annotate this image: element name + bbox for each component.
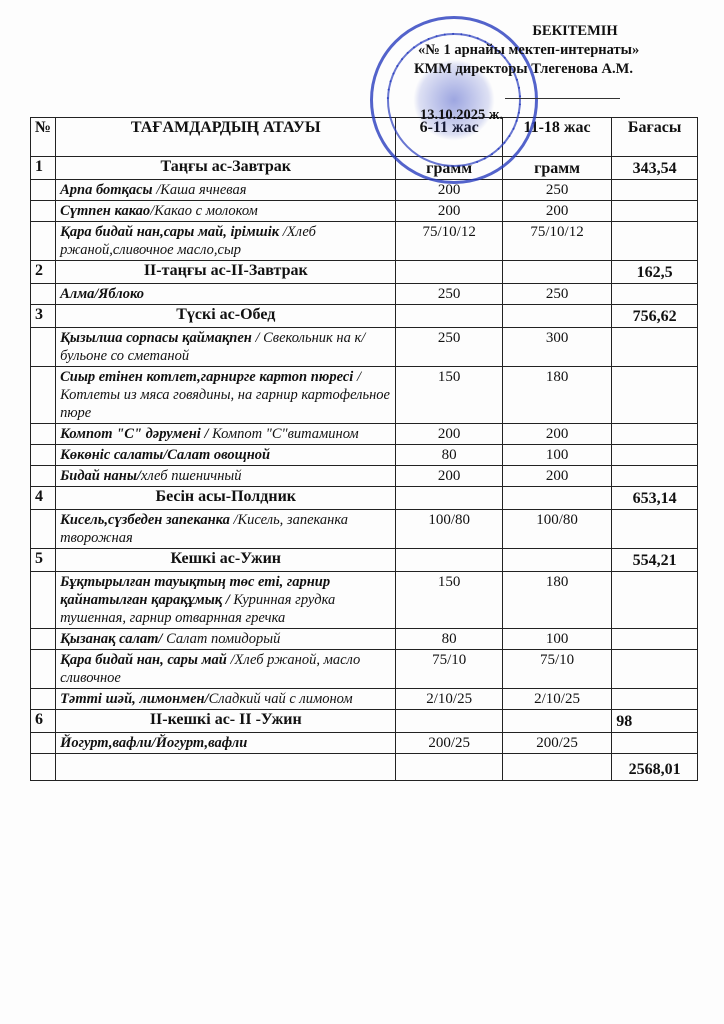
dish-name: Сиыр етінен котлет,гарнирге картоп пюрес… (56, 367, 396, 424)
table-row: Қызанақ салат/ Салат помидорый80100 (31, 629, 698, 650)
table-row: Арпа ботқасы /Каша ячневая200250 (31, 180, 698, 201)
empty-cell (612, 650, 698, 689)
table-row: Тәтті шәй, лимонмен/Сладкий чай с лимоно… (31, 689, 698, 710)
meal-price: 554,21 (612, 549, 698, 572)
qty-age-b: 100/80 (502, 510, 611, 549)
dish-name-ru: Салат помидорый (162, 631, 280, 647)
header-name: ТАҒАМДАРДЫҢ АТАУЫ (56, 118, 396, 157)
empty-cell (31, 180, 56, 201)
menu-table: № ТАҒАМДАРДЫҢ АТАУЫ 6-11 жас 11-18 жас Б… (30, 117, 698, 781)
qty-age-b: 2/10/25 (502, 689, 611, 710)
dish-name-kz: Кисель,сүзбеден запеканка (60, 512, 230, 528)
qty-age-b: 200 (502, 424, 611, 445)
table-row: Йогурт,вафли/Йогурт,вафли200/25200/25 (31, 733, 698, 754)
meal-title: Таңғы ас-Завтрак (56, 157, 396, 180)
dish-name: Көкөніс салаты/Салат овощной (56, 445, 396, 466)
empty-cell (31, 222, 56, 261)
empty-cell (31, 572, 56, 629)
qty-age-b: 300 (502, 328, 611, 367)
empty-cell (612, 510, 698, 549)
qty-age-b: 100 (502, 445, 611, 466)
meal-title: Бесін асы-Полдник (56, 487, 396, 510)
table-row: Көкөніс салаты/Салат овощной80100 (31, 445, 698, 466)
empty-cell (502, 487, 611, 510)
empty-cell (31, 629, 56, 650)
meal-number: 6 (31, 710, 56, 733)
meal-row: 2ІІ-таңғы ас-ІІ-Завтрак162,5 (31, 261, 698, 284)
qty-age-b: 200/25 (502, 733, 611, 754)
dish-name: Қызылша сорпасы қаймақпен / Свекольник н… (56, 328, 396, 367)
empty-cell (396, 754, 502, 781)
dish-name: Қара бидай нан,сары май, ірімшік /Хлеб р… (56, 222, 396, 261)
empty-cell (502, 754, 611, 781)
meal-number: 5 (31, 549, 56, 572)
meal-title: ІІ-кешкі ас- ІІ -Ужин (56, 710, 396, 733)
qty-age-b: 200 (502, 201, 611, 222)
table-row: Қара бидай нан, сары май /Хлеб ржаной, м… (31, 650, 698, 689)
empty-cell (612, 180, 698, 201)
qty-age-b: 100 (502, 629, 611, 650)
empty-cell (396, 710, 502, 733)
dish-name: Йогурт,вафли/Йогурт,вафли (56, 733, 396, 754)
qty-age-a: 75/10/12 (396, 222, 502, 261)
unit-b: грамм (502, 157, 611, 180)
empty-cell (612, 367, 698, 424)
table-row: Сиыр етінен котлет,гарнирге картоп пюрес… (31, 367, 698, 424)
qty-age-a: 150 (396, 572, 502, 629)
qty-age-a: 2/10/25 (396, 689, 502, 710)
dish-name-kz: Алма/Яблоко (60, 286, 144, 302)
empty-cell (396, 549, 502, 572)
empty-cell (31, 284, 56, 305)
empty-cell (612, 629, 698, 650)
empty-cell (502, 710, 611, 733)
empty-cell (31, 689, 56, 710)
empty-cell (502, 261, 611, 284)
empty-cell (396, 261, 502, 284)
dish-name: Қызанақ салат/ Салат помидорый (56, 629, 396, 650)
qty-age-b: 200 (502, 466, 611, 487)
qty-age-a: 200/25 (396, 733, 502, 754)
dish-name-ru: Сладкий чай с лимоном (209, 691, 353, 707)
dish-name: Сүтпен какао/Какао с молоком (56, 201, 396, 222)
approval-institution: «№ 1 арнайы мектеп-интернаты» (400, 41, 710, 60)
dish-name-kz: Сүтпен какао (60, 203, 150, 219)
table-header-row: № ТАҒАМДАРДЫҢ АТАУЫ 6-11 жас 11-18 жас Б… (31, 118, 698, 157)
table-row: Қызылша сорпасы қаймақпен / Свекольник н… (31, 328, 698, 367)
dish-name-kz: Қара бидай нан,сары май, ірімшік (60, 224, 279, 240)
qty-age-b: 250 (502, 180, 611, 201)
meal-price: 343,54 (612, 157, 698, 180)
empty-cell (31, 201, 56, 222)
meal-number: 4 (31, 487, 56, 510)
dish-name: Алма/Яблоко (56, 284, 396, 305)
table-row: Компот "С" дәрумені / Компот "С"витамино… (31, 424, 698, 445)
dish-name-kz: Компот "С" дәрумені / (60, 426, 208, 442)
qty-age-a: 200 (396, 180, 502, 201)
qty-age-a: 200 (396, 424, 502, 445)
table-row: Сүтпен какао/Какао с молоком200200 (31, 201, 698, 222)
approval-date: 13.10.2025 ж. (420, 106, 503, 125)
dish-name-kz: Арпа ботқасы (60, 182, 153, 198)
total-row: 2568,01 (31, 754, 698, 781)
meal-number: 2 (31, 261, 56, 284)
dish-name: Бұқтырылған тауықтың төс еті, гарнир қай… (56, 572, 396, 629)
empty-cell (612, 284, 698, 305)
dish-name-kz: Қызылша сорпасы қаймақпен (60, 330, 252, 346)
dish-name-kz: Қара бидай нан, сары май (60, 652, 227, 668)
empty-cell (612, 222, 698, 261)
dish-name-kz: Көкөніс салаты/Салат овощной (60, 447, 270, 463)
dish-name-ru: Компот "С"витамином (208, 426, 358, 442)
table-row: Бұқтырылған тауықтың төс еті, гарнир қай… (31, 572, 698, 629)
qty-age-a: 80 (396, 445, 502, 466)
dish-name-ru: /Какао с молоком (150, 203, 258, 219)
dish-name: Кисель,сүзбеден запеканка /Кисель, запек… (56, 510, 396, 549)
qty-age-a: 250 (396, 284, 502, 305)
header-age-b: 11-18 жас (502, 118, 611, 157)
meal-price: 756,62 (612, 305, 698, 328)
meal-row: 3Түскі ас-Обед756,62 (31, 305, 698, 328)
empty-cell (31, 466, 56, 487)
qty-age-a: 200 (396, 201, 502, 222)
dish-name-kz: Тәтті шәй, лимонмен/ (60, 691, 209, 707)
empty-cell (612, 689, 698, 710)
empty-cell (31, 733, 56, 754)
empty-cell (612, 572, 698, 629)
dish-name-kz: Бидай наны/ (60, 468, 141, 484)
qty-age-a: 100/80 (396, 510, 502, 549)
qty-age-a: 150 (396, 367, 502, 424)
approval-title: БЕКІТЕМІН (400, 22, 710, 41)
signature-line (505, 98, 620, 99)
qty-age-b: 180 (502, 367, 611, 424)
empty-cell (31, 650, 56, 689)
empty-cell (502, 305, 611, 328)
dish-name: Тәтті шәй, лимонмен/Сладкий чай с лимоно… (56, 689, 396, 710)
empty-cell (31, 367, 56, 424)
empty-cell (31, 754, 56, 781)
qty-age-a: 75/10 (396, 650, 502, 689)
meal-price: 653,14 (612, 487, 698, 510)
qty-age-b: 75/10 (502, 650, 611, 689)
meal-title: ІІ-таңғы ас-ІІ-Завтрак (56, 261, 396, 284)
qty-age-b: 75/10/12 (502, 222, 611, 261)
meal-row: 4Бесін асы-Полдник653,14 (31, 487, 698, 510)
meal-row: 5Кешкі ас-Ужин554,21 (31, 549, 698, 572)
meal-row: 6ІІ-кешкі ас- ІІ -Ужин98 (31, 710, 698, 733)
total-price: 2568,01 (612, 754, 698, 781)
dish-name-kz: Йогурт,вафли/Йогурт,вафли (60, 735, 247, 751)
empty-cell (396, 487, 502, 510)
dish-name: Компот "С" дәрумені / Компот "С"витамино… (56, 424, 396, 445)
dish-name-ru: /Каша ячневая (153, 182, 247, 198)
dish-name: Бидай наны/хлеб пшеничный (56, 466, 396, 487)
empty-cell (612, 328, 698, 367)
meal-price: 98 (612, 710, 698, 733)
dish-name-ru: хлеб пшеничный (141, 468, 242, 484)
dish-name: Арпа ботқасы /Каша ячневая (56, 180, 396, 201)
header-price: Бағасы (612, 118, 698, 157)
dish-name: Қара бидай нан, сары май /Хлеб ржаной, м… (56, 650, 396, 689)
meal-price: 162,5 (612, 261, 698, 284)
meal-number: 1 (31, 157, 56, 180)
approval-block: БЕКІТЕМІН «№ 1 арнайы мектеп-интернаты» … (400, 22, 710, 79)
qty-age-a: 250 (396, 328, 502, 367)
header-num: № (31, 118, 56, 157)
qty-age-a: 80 (396, 629, 502, 650)
dish-name-kz: Сиыр етінен котлет,гарнирге картоп пюрес… (60, 369, 353, 385)
table-row: Кисель,сүзбеден запеканка /Кисель, запек… (31, 510, 698, 549)
empty-cell (31, 424, 56, 445)
empty-cell (612, 201, 698, 222)
empty-cell (612, 733, 698, 754)
empty-cell (396, 305, 502, 328)
dish-name-kz: Қызанақ салат/ (60, 631, 162, 647)
meal-number: 3 (31, 305, 56, 328)
unit-a: грамм (396, 157, 502, 180)
meal-title: Кешкі ас-Ужин (56, 549, 396, 572)
empty-cell (31, 328, 56, 367)
qty-age-b: 180 (502, 572, 611, 629)
table-row: Бидай наны/хлеб пшеничный200200 (31, 466, 698, 487)
approval-director: КММ директоры Тлегенова А.М. (400, 60, 710, 79)
empty-cell (612, 424, 698, 445)
empty-cell (31, 445, 56, 466)
meal-row: 1Таңғы ас-Завтракграммграмм343,54 (31, 157, 698, 180)
menu-body: 1Таңғы ас-Завтракграммграмм343,54Арпа бо… (31, 157, 698, 781)
empty-cell (502, 549, 611, 572)
empty-cell (612, 445, 698, 466)
meal-title: Түскі ас-Обед (56, 305, 396, 328)
qty-age-a: 200 (396, 466, 502, 487)
qty-age-b: 250 (502, 284, 611, 305)
table-row: Алма/Яблоко250250 (31, 284, 698, 305)
empty-cell (612, 466, 698, 487)
empty-cell (31, 510, 56, 549)
table-row: Қара бидай нан,сары май, ірімшік /Хлеб р… (31, 222, 698, 261)
empty-cell (56, 754, 396, 781)
